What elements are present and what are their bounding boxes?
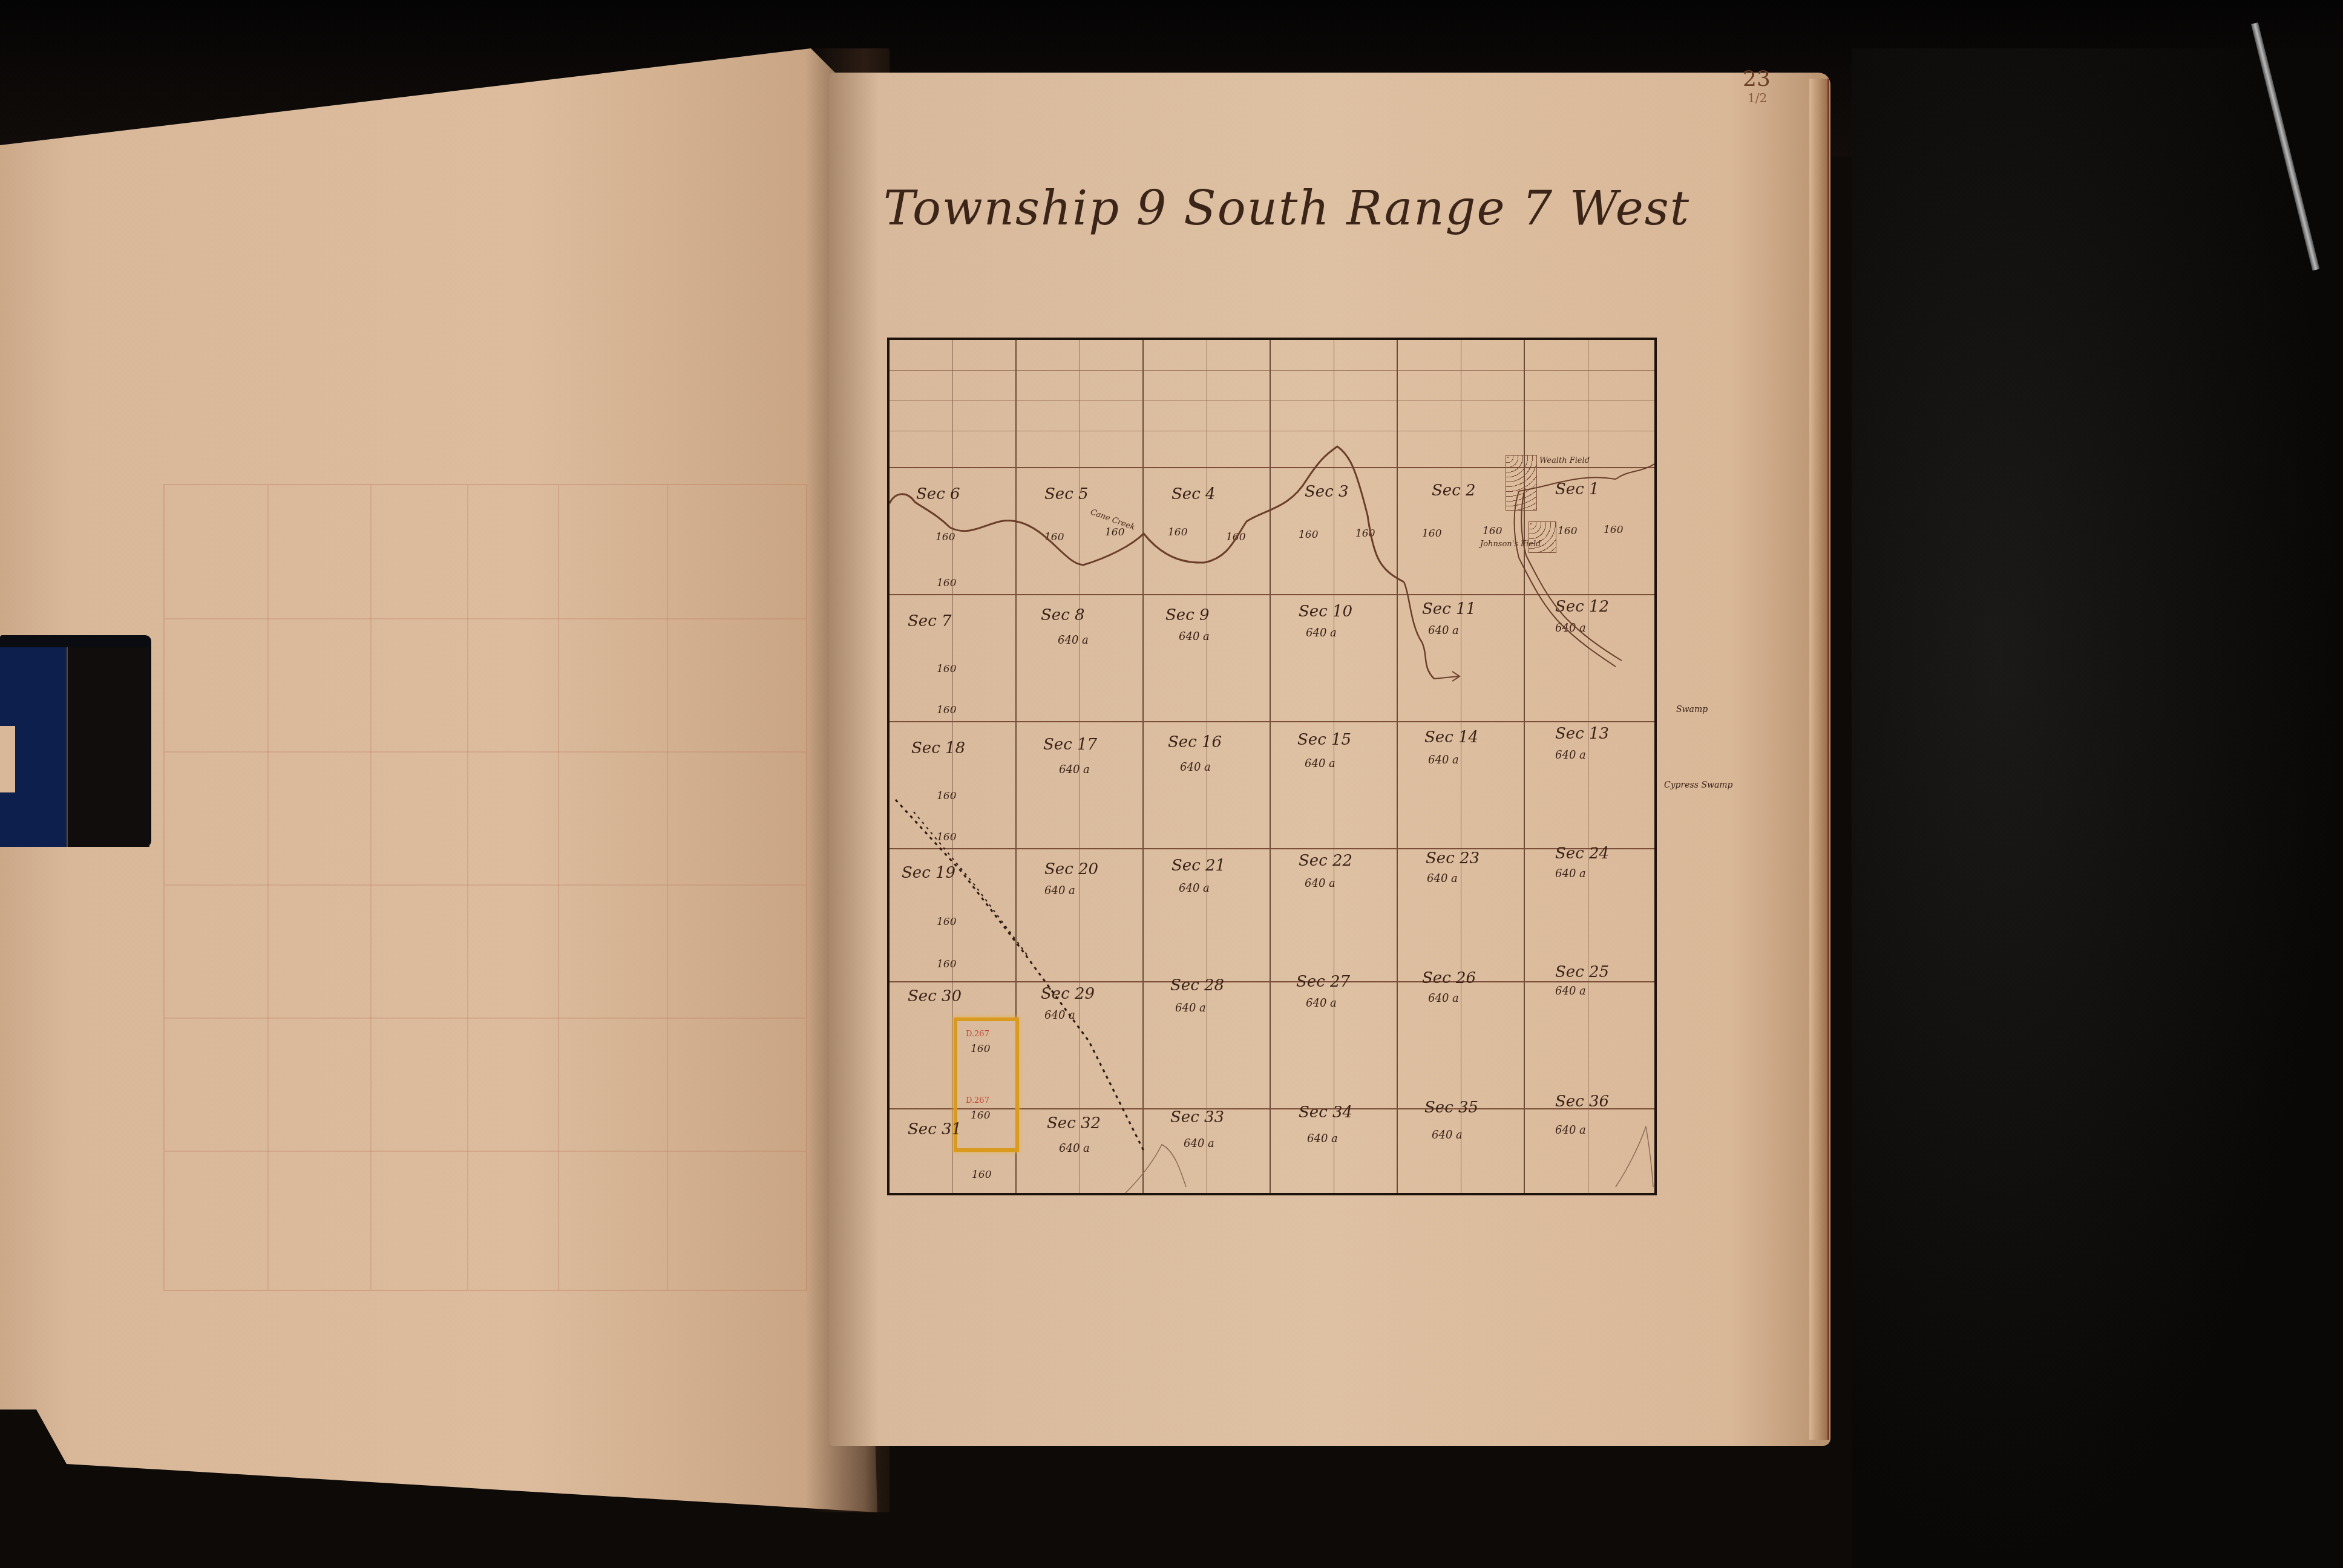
map-linework bbox=[890, 340, 1654, 1193]
cypress-swamp-label: Cypress Swamp bbox=[1664, 780, 1733, 790]
swamp-label: Swamp bbox=[1676, 705, 1708, 714]
background-cloth bbox=[1852, 48, 2343, 1568]
township-plat-map: Sec 6 Sec 5 Sec 4 Sec 3 Sec 2 Sec 1 160 … bbox=[887, 338, 1657, 1195]
page-clip bbox=[0, 635, 151, 847]
page-edge bbox=[1809, 79, 1829, 1440]
page-title: Township 9 South Range 7 West bbox=[883, 181, 1690, 236]
left-page-faint-grid bbox=[163, 484, 807, 1291]
page-sub-number: 1/2 bbox=[1748, 91, 1767, 105]
page-number: 23 bbox=[1743, 67, 1771, 91]
